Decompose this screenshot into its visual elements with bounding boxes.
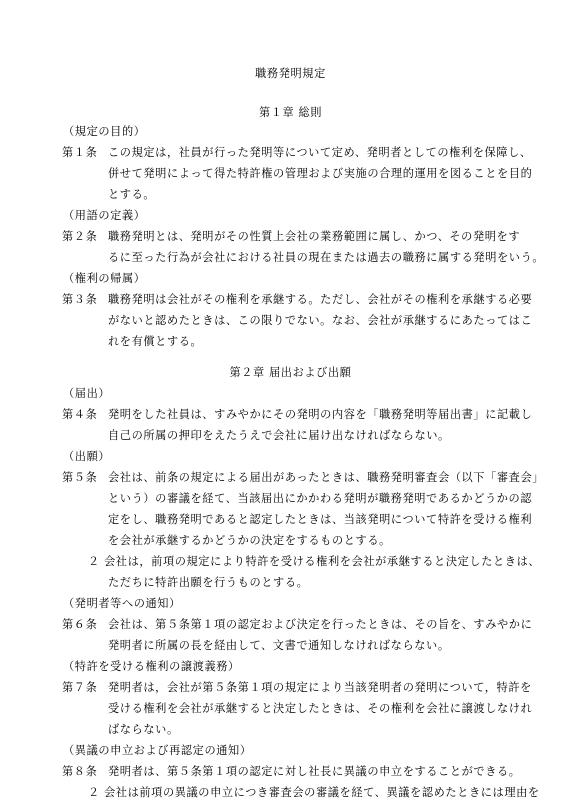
article-caption-5: （出願） <box>63 450 110 464</box>
article-caption-8: （異議の申立および再認定の通知） <box>63 744 252 758</box>
chapter-heading-2: 第２章 届出および出願 <box>0 366 581 380</box>
article-5-paragraph-2-line-2: ただちに特許出願を行うものとする。 <box>108 576 308 590</box>
article-3-line-3: れを有償とする。 <box>108 335 202 349</box>
article-2-line-1: 職務発明とは、発明がその性質上会社の業務範囲に属し、かつ、その発明をす <box>108 230 520 244</box>
article-label-6: 第６条 <box>62 618 97 632</box>
article-7-line-1: 発明者は，会社が第５条第１項の規定により当該発明者の発明について，特許を <box>108 681 532 695</box>
article-label-7: 第７条 <box>62 681 97 695</box>
article-caption-2: （用語の定義） <box>63 209 146 223</box>
article-3-line-2: がないと認めたときは、この限りでない。なお、会社が承継するにあたってはこ <box>108 314 532 328</box>
article-4-line-1: 発明をした社員は、すみやかにその発明の内容を「職務発明等届出書」に記載し <box>108 408 532 422</box>
article-5-line-3: 定をし、職務発明であると認定したときは、当該発明について特許を受ける権利 <box>108 513 532 527</box>
article-4-line-2: 自己の所属の押印をえたうえで会社に届け出なければならない。 <box>108 429 450 443</box>
article-1-line-3: とする。 <box>108 188 155 202</box>
article-caption-7: （特許を受ける権利の譲渡義務） <box>63 660 240 674</box>
article-5-line-2: という）の審議を経て、当該届出にかかわる発明が職務発明であるかどうかの認 <box>108 492 532 506</box>
article-caption-6: （発明者等への通知） <box>63 597 181 611</box>
article-7-line-2: 受ける権利を会社が承継すると決定したときは、その権利を会社に譲渡しなけれ <box>108 702 532 716</box>
article-label-5: 第５条 <box>62 471 97 485</box>
document-title: 職務発明規定 <box>0 67 581 81</box>
article-1-line-1: この規定は，社員が行った発明等について定め、発明者としての権利を保障し、 <box>108 146 532 160</box>
article-label-1: 第１条 <box>62 146 97 160</box>
article-5-paragraph-2-line-1: 会社は，前項の規定により特許を受ける権利を会社が承継すると決定したときは、 <box>104 555 540 569</box>
article-1-line-2: 併せて発明によって得た特許権の管理および実施の合理的運用を図ることを目的 <box>108 167 532 181</box>
article-caption-4: （届出） <box>63 387 110 401</box>
article-5-line-1: 会社は、前条の規定による届出があったときは、職務発明審査会（以下「審査会」 <box>108 471 544 485</box>
article-2-line-2: るに至った行為が会社における社員の現在または過去の職務に属する発明をいう。 <box>108 251 544 265</box>
article-7-line-3: ばならない。 <box>108 723 179 737</box>
article-label-2: 第２条 <box>62 230 97 244</box>
article-6-line-1: 会社は、第５条第１項の認定および決定を行ったときは、その旨を、すみやかに <box>108 618 532 632</box>
article-caption-1: （規定の目的） <box>63 125 146 139</box>
article-5-line-4: を会社が承継するかどうかの決定をするものとする。 <box>108 534 391 548</box>
article-3-line-1: 職務発明は会社がその権利を承継する。ただし、会社がその権利を承継する必要 <box>108 293 532 307</box>
article-8-paragraph-2-line-1: 会社は前項の異議の申立につき審査会の審議を経て、異議を認めたときには理由を <box>104 786 540 800</box>
article-label-3: 第３条 <box>62 293 97 307</box>
article-label-8: 第８条 <box>62 765 97 779</box>
article-caption-3: （権利の帰属） <box>63 272 146 286</box>
article-8-paragraph-2-number: ２ <box>88 786 100 800</box>
article-6-line-2: 発明者に所属の長を経由して、文書で通知しなければならない。 <box>108 639 450 653</box>
chapter-heading-1: 第１章 総則 <box>0 106 581 120</box>
document-page: 職務発明規定 第１章 総則 （規定の目的） 第１条 この規定は，社員が行った発明… <box>0 0 581 812</box>
article-5-paragraph-2-number: ２ <box>88 555 100 569</box>
article-label-4: 第４条 <box>62 408 97 422</box>
article-8-line-1: 発明者は、第５条第１項の認定に対し社長に異議の申立をすることができる。 <box>108 765 521 779</box>
